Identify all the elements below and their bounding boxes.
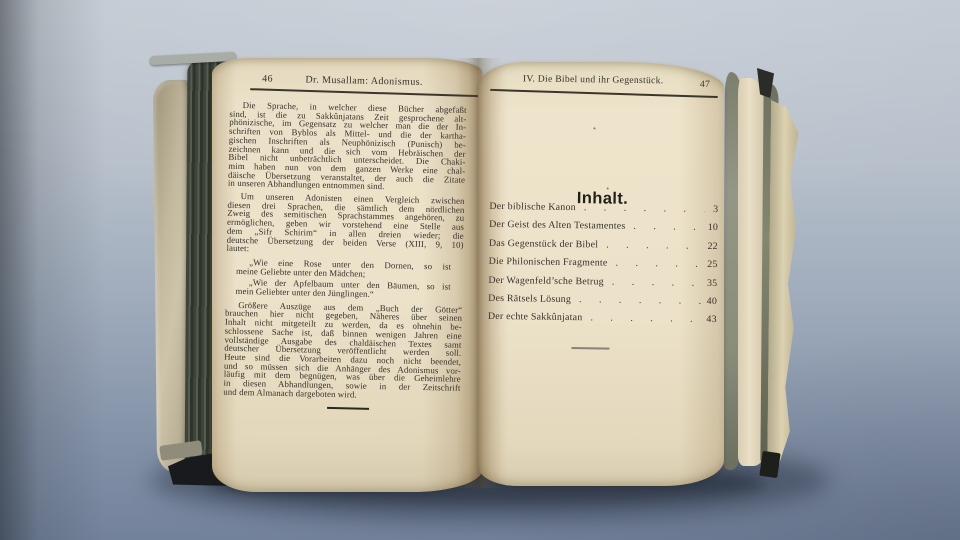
toc-entry-page: 35 bbox=[703, 277, 717, 288]
toc-entry-title: Der echte Sakkûnjatan bbox=[488, 311, 583, 323]
body-paragraph: Größere Auszüge aus dem „Buch der Götter… bbox=[223, 300, 462, 401]
body-paragraph: Die Sprache, in welcher diese Bücher abg… bbox=[228, 101, 467, 193]
left-page-content: 46 Dr. Musallam: Adonismus. Die Sprache,… bbox=[203, 57, 482, 497]
right-page-number: 47 bbox=[700, 79, 710, 90]
paper-speck bbox=[607, 188, 609, 190]
right-page: IV. Die Bibel und ihr Gegenstück. 47 Inh… bbox=[478, 62, 724, 486]
toc-dot-leader: . . . . . . . . . . . . . . . . . . . . bbox=[576, 202, 705, 215]
toc-dot-leader: . . . . . . . . . . . . . . . . . . . . bbox=[582, 313, 703, 326]
toc-dot-leader: . . . . . . . . . . . . . . . . . . . . bbox=[607, 258, 703, 270]
toc-entry-title: Der Wagenfeld’sche Betrug bbox=[488, 274, 604, 287]
verse-quote: „Wie der Apfelbaum unter den Bäumen, so … bbox=[235, 278, 450, 300]
toc-entry-title: Des Rätsels Lösung bbox=[488, 293, 571, 305]
toc-dot-leader: . . . . . . . . . . . . . . . . . . . . bbox=[625, 221, 704, 233]
toc-dot-leader: . . . . . . . . . . . . . . . . . . . . bbox=[604, 276, 704, 288]
toc-entry-page: 40 bbox=[703, 296, 717, 307]
cover-notch-bottom-right bbox=[759, 451, 780, 478]
toc-dot-leader: . . . . . . . . . . . . . . . . . . . . bbox=[571, 294, 703, 307]
toc-entry: Der echte Sakkûnjatan. . . . . . . . . .… bbox=[488, 311, 717, 333]
toc-entry-page: 25 bbox=[704, 259, 718, 270]
left-section-end-rule bbox=[327, 407, 369, 410]
toc-end-rule bbox=[571, 347, 609, 349]
book-photo: 46 Dr. Musallam: Adonismus. Die Sprache,… bbox=[0, 0, 960, 540]
toc-entry-title: Die Philonischen Fragmente bbox=[489, 256, 608, 269]
left-page-body: Die Sprache, in welcher diese Bücher abg… bbox=[223, 101, 466, 402]
verse-quote: „Wie eine Rose unter den Dornen, so istm… bbox=[236, 258, 451, 280]
right-running-header: IV. Die Bibel und ihr Gegenstück. 47 bbox=[492, 73, 710, 89]
toc-dot-leader: . . . . . . . . . . . . . . . . . . . . bbox=[598, 239, 704, 251]
right-running-title: IV. Die Bibel und ihr Gegenstück. bbox=[510, 73, 676, 86]
toc-entry-title: Der biblische Kanon bbox=[489, 201, 576, 213]
toc-entry-page: 10 bbox=[704, 222, 718, 233]
toc-list: Der biblische Kanon. . . . . . . . . . .… bbox=[488, 201, 719, 333]
toc-entry-title: Der Geist des Alten Testamentes bbox=[489, 219, 625, 232]
paper-speck bbox=[593, 127, 595, 129]
toc-entry-title: Das Gegenstück der Bibel bbox=[489, 238, 599, 251]
body-paragraph: Um unseren Adonisten einen Vergleich zwi… bbox=[226, 192, 464, 258]
left-running-title: Dr. Musallam: Adonismus. bbox=[248, 73, 480, 89]
right-page-content: IV. Die Bibel und ihr Gegenstück. 47 Inh… bbox=[473, 62, 725, 489]
right-header-rule bbox=[490, 89, 718, 98]
left-page: 46 Dr. Musallam: Adonismus. Die Sprache,… bbox=[212, 58, 482, 492]
toc-entry-page: 43 bbox=[703, 314, 717, 325]
toc-entry-page: 3 bbox=[704, 204, 718, 215]
toc-entry-page: 22 bbox=[704, 241, 718, 252]
